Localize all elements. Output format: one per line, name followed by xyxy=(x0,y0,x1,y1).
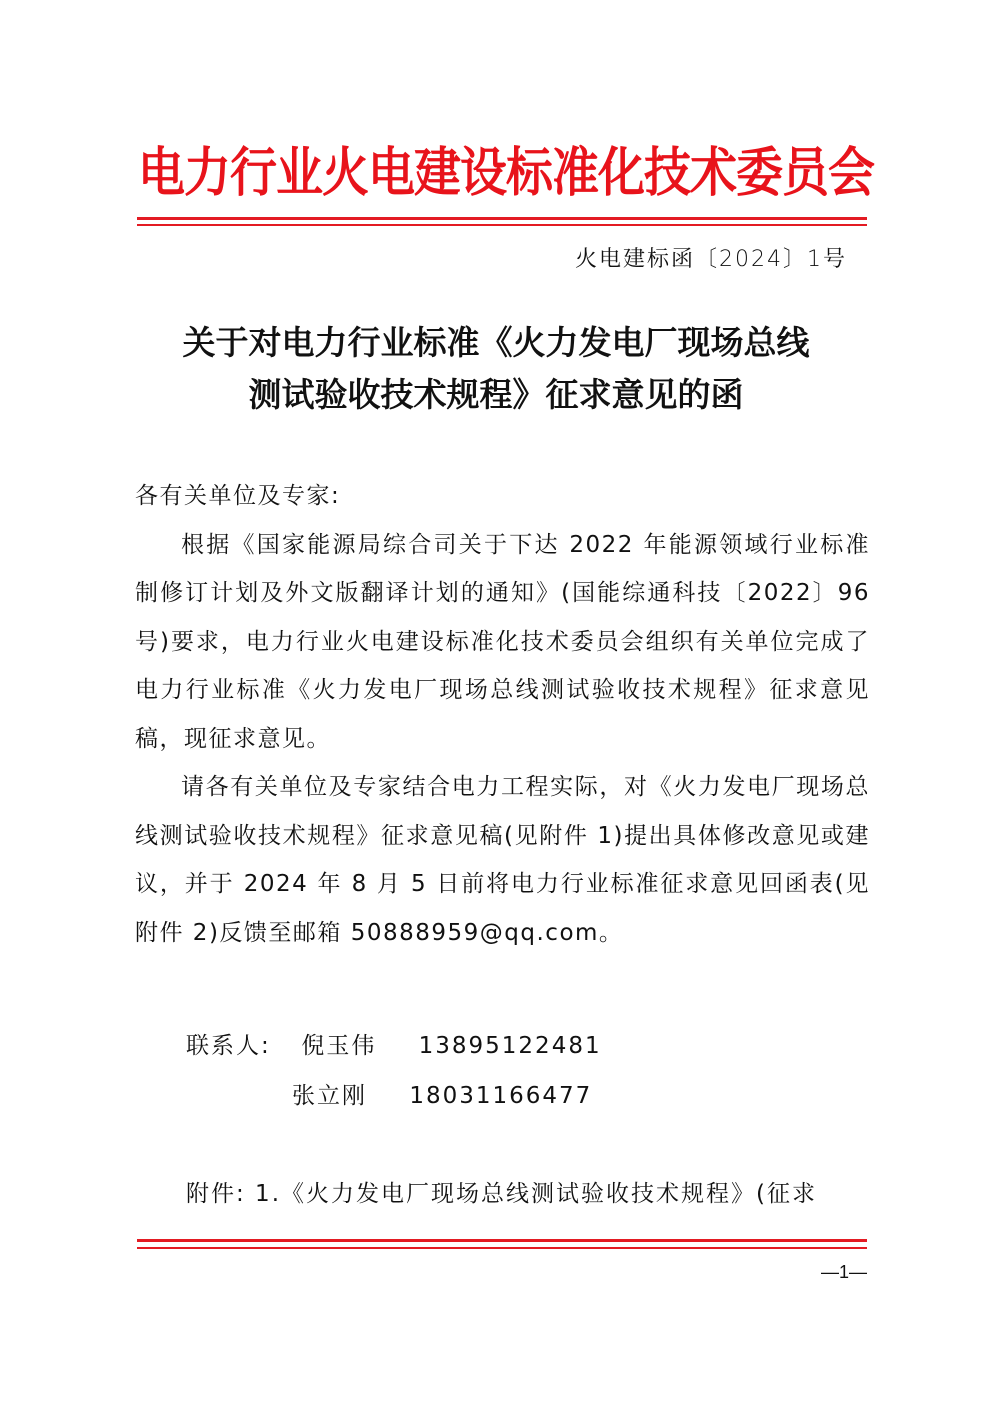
letter-title-line-2: 测试验收技术规程》征求意见的函 xyxy=(130,370,862,420)
header-rule-thin xyxy=(137,224,867,226)
footer-rule-thin xyxy=(137,1247,867,1249)
document-number: 火电建标函〔2024〕1号 xyxy=(575,244,847,276)
header-rule-thick xyxy=(137,217,867,220)
contact-row-1: 联系人: 倪玉伟 13895122481 xyxy=(186,1022,602,1070)
salutation: 各有关单位及专家: xyxy=(135,472,870,521)
footer-rule-thick xyxy=(137,1239,867,1242)
contact-row-2: 张立刚 18031166477 xyxy=(292,1072,592,1120)
contact-phone: 18031166477 xyxy=(409,1072,592,1120)
contact-label: 联系人: xyxy=(186,1022,292,1070)
paragraph-1: 根据《国家能源局综合司关于下达 2022 年能源领域行业标准制修订计划及外文版翻… xyxy=(135,521,870,764)
paragraph-2: 请各有关单位及专家结合电力工程实际，对《火力发电厂现场总线测试验收技术规程》征求… xyxy=(135,763,870,957)
letter-title-line-1: 关于对电力行业标准《火力发电厂现场总线 xyxy=(130,318,862,368)
contact-name: 倪玉伟 xyxy=(301,1022,409,1070)
contact-name: 张立刚 xyxy=(292,1072,400,1120)
masthead-title: 电力行业火电建设标准化技术委员会 xyxy=(138,140,858,207)
letter-body: 各有关单位及专家: 根据《国家能源局综合司关于下达 2022 年能源领域行业标准… xyxy=(135,472,870,957)
attachment-line: 附件: 1.《火力发电厂现场总线测试验收技术规程》(征求 xyxy=(186,1170,817,1218)
contact-phone: 13895122481 xyxy=(419,1022,602,1070)
page-number: —1— xyxy=(821,1262,867,1283)
